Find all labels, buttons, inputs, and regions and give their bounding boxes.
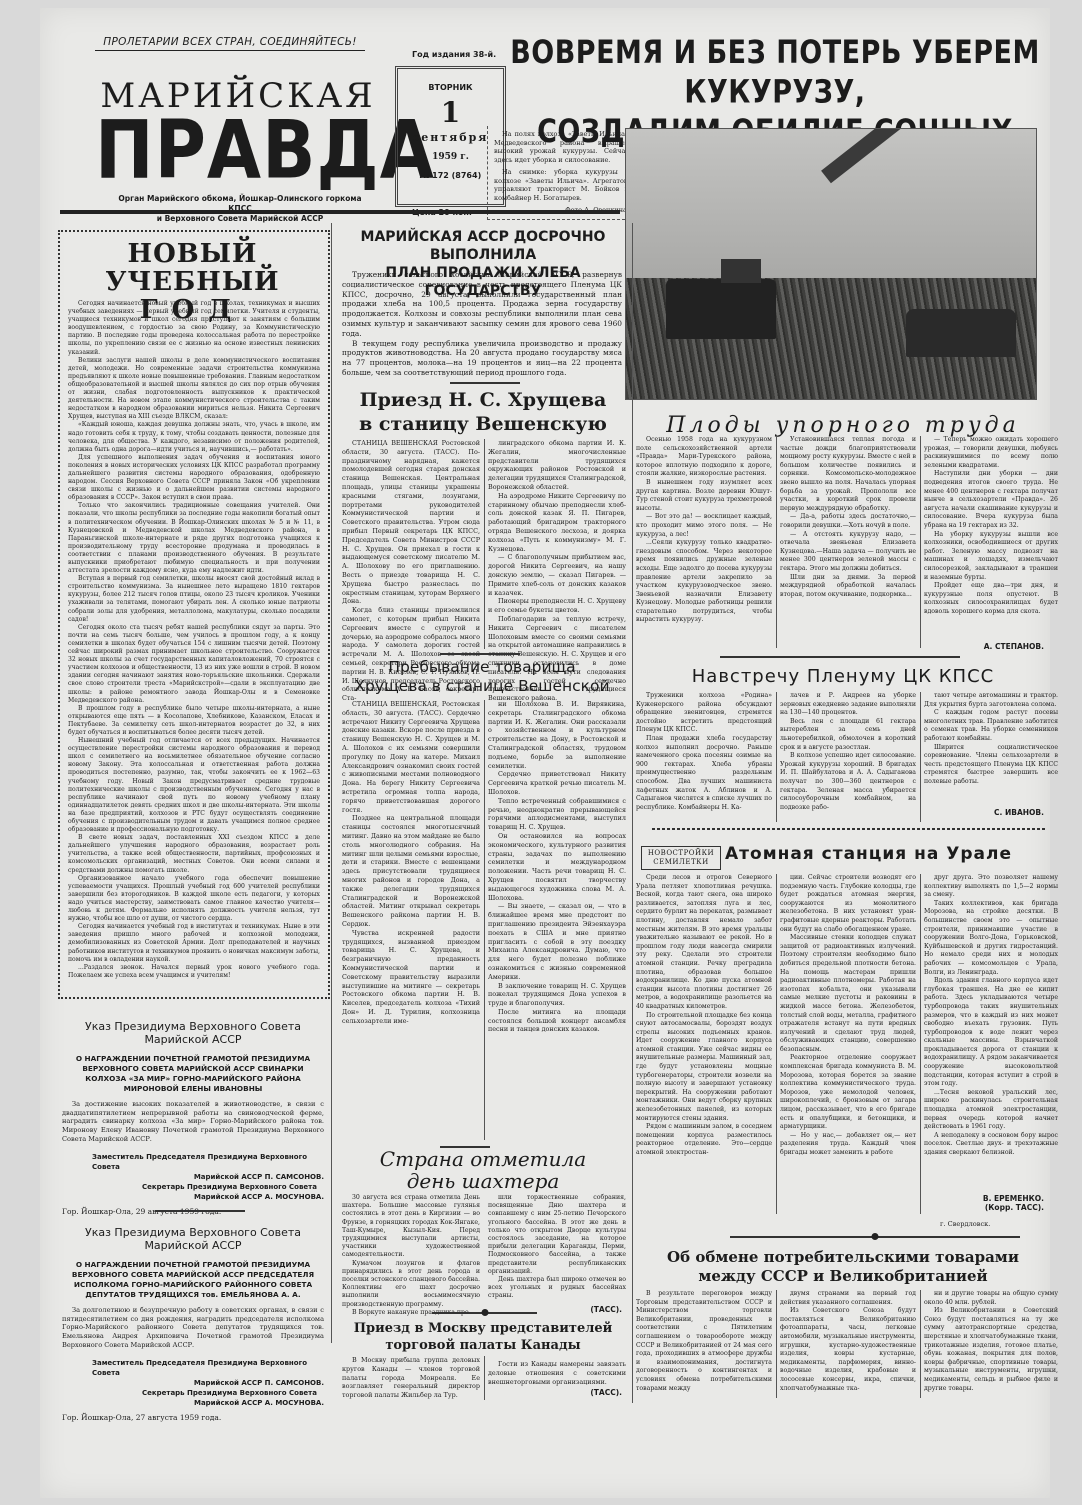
headline-line: МАРИЙСКАЯ АССР ДОСРОЧНО ВЫПОЛНИЛА — [338, 228, 628, 264]
editorial-paragraph: Организованное начало учебного года обес… — [68, 875, 320, 924]
editorial-paragraph: Велики заслуги нашей школы в деле коммун… — [68, 357, 320, 422]
article-paragraph: Вдоль здания главного корпуса идет глубо… — [924, 977, 1058, 1089]
weekday: ВТОРНИК — [398, 83, 503, 92]
atomic-headline: Атомная станция на Урале — [725, 844, 1055, 864]
rubric-line: СЕМИЛЕТКИ — [646, 858, 716, 867]
article-paragraph: Таких коллективов, как бригада Морозова,… — [924, 900, 1058, 977]
article-paragraph: Сердечно приветствовал Никиту Сергеевича… — [488, 770, 626, 796]
article-paragraph: ...Сеяли кукурузу только квадратно-гнезд… — [636, 539, 772, 625]
article-paragraph: В результате переговоров между Торговым … — [636, 1290, 772, 1393]
column-rule — [484, 700, 485, 1140]
article-paragraph: После митинга на площади состоялся больш… — [488, 1008, 626, 1034]
atomic-col1: Среди лесов и отрогов Северного Урала пе… — [636, 874, 772, 1158]
article-paragraph: Он остановился на вопросах экономическог… — [488, 832, 626, 902]
divider — [155, 1210, 245, 1212]
column-rule — [776, 874, 777, 1214]
plenum-col3: тают четыре автомашины и трактор. Для ук… — [924, 692, 1058, 787]
article-paragraph: — Вы знаете, — сказал он, — что в ближай… — [488, 902, 626, 981]
masthead-slogan: ПРОЛЕТАРИИ ВСЕХ СТРАН, СОЕДИНЯЙТЕСЬ! — [95, 36, 365, 51]
column-rule — [776, 1290, 777, 1398]
article-paragraph: двумя странами на первый год действия ук… — [780, 1290, 916, 1307]
plenum-headline: Навстречу Пленуму ЦК КПСС — [638, 666, 1048, 687]
atomic-col2: ции. Сейчас строители возводят его подзе… — [780, 874, 916, 1158]
trade-col1: В результате переговоров между Торговым … — [636, 1290, 772, 1393]
article-paragraph: — Вот это да! — восклицает каждый, кто п… — [636, 513, 772, 539]
headline-line: Приезд Н. С. Хрущева — [338, 388, 628, 412]
signature-line: Марийской АССР П. САМСОНОВ. — [92, 1172, 324, 1182]
editorial-paragraph: Нынешний учебный год отличается от всех … — [68, 737, 320, 834]
headline-line: Пребывание товарища — [334, 658, 630, 677]
column-rule — [484, 439, 485, 649]
article-paragraph: шли торжественные собрания, посвященные … — [488, 1194, 626, 1276]
fruits-headline: Плоды упорного труда — [638, 413, 1048, 438]
atomic-place: г. Свердловск. — [940, 1220, 1050, 1229]
canada-col1: В Москву прибыла группа деловых кругов К… — [342, 1356, 480, 1400]
article-paragraph: — Теперь можно ожидать хорошего урожая, … — [924, 436, 1058, 470]
article-paragraph: Из Советского Союза будут поставляться в… — [780, 1307, 916, 1393]
editorial-body: Сегодня начинается новый учебный год в ш… — [68, 300, 320, 980]
column-rule — [920, 1290, 921, 1398]
ornament-divider — [432, 1312, 537, 1314]
article-paragraph: ни и другие товары на общую сумму около … — [924, 1290, 1058, 1307]
decree-2-body: За долголетнюю и безупречную работу в со… — [62, 1306, 324, 1350]
article-paragraph: День шахтера был широко отмечен во всех … — [488, 1276, 626, 1301]
editorial-paragraph: В прошлом году в республике было четыре … — [68, 705, 320, 737]
decree-body-text: За долголетнюю и безупречную работу в со… — [62, 1306, 324, 1350]
article-paragraph: Наступили дни уборки — дни подведения ит… — [924, 470, 1058, 530]
article-paragraph: На уборку кукурузы вышли все колхозники,… — [924, 531, 1058, 583]
editorial-paragraph: Сегодня начинается новый учебный год в ш… — [68, 300, 320, 357]
divider — [652, 828, 1047, 830]
decree-2-subject: О НАГРАЖДЕНИИ ПОЧЕТНОЙ ГРАМОТОЙ ПРЕЗИДИУ… — [62, 1260, 324, 1300]
article-paragraph: СТАНИЦА ВЕШЕНСКАЯ, Ростовская область, 3… — [342, 700, 480, 814]
article-paragraph: Массивные стенки колодцев служат защитой… — [780, 934, 916, 1054]
signature-line: Марийской АССР А. МОСУНОВА. — [92, 1192, 324, 1202]
decree-1-signatures: Заместитель Председателя Президиума Верх… — [62, 1152, 324, 1202]
decree-1-body: За достижение высоких показателей в живо… — [62, 1100, 324, 1144]
decree-1-place-date: Гор. Йошкар-Ола, 29 августа 1959 года. — [62, 1208, 324, 1217]
article-paragraph: Ширится социалистическое соревнование. Ч… — [924, 744, 1058, 787]
column-rule — [920, 874, 921, 1214]
article-paragraph: Позднее на центральной площади станицы с… — [342, 814, 480, 928]
decree-1: Указ Президиума Верховного Совета Марийс… — [62, 1020, 324, 1216]
article-paragraph: План продажи хлеба государству колхоз вы… — [636, 735, 772, 812]
trade-col3: ни и другие товары на общую сумму около … — [924, 1290, 1058, 1393]
divider — [450, 382, 520, 384]
headline-line: в станицу Вешенскую — [338, 412, 628, 436]
divider — [720, 656, 960, 658]
signature-line: Заместитель Председателя Президиума Верх… — [92, 1152, 324, 1172]
headline-line: между СССР и Великобританией — [638, 1267, 1048, 1286]
grain-body: Труженики сельского хозяйства Марийской … — [342, 270, 622, 378]
caption-text-2: На снимке: уборка кукурузы в колхозе «За… — [494, 168, 629, 202]
article-paragraph: Тепло встреченный собравшимися с речью, … — [488, 797, 626, 832]
decree-2-place-date: Гор. Йошкар-Ола, 27 августа 1959 года. — [62, 1414, 324, 1423]
column-rule — [632, 223, 633, 1403]
caption-text-1: На полях колхоза «Заветы Ильича» Медведе… — [494, 130, 629, 164]
article-paragraph: — А отстоять кукурузу надо, — отвечала з… — [780, 531, 916, 574]
grain-paragraph: Труженики сельского хозяйства Марийской … — [342, 270, 622, 339]
masthead-organ: Орган Марийского обкома, Йошкар-Олинског… — [110, 194, 370, 224]
article-paragraph: Рядом с машинным залом, в соседнем помещ… — [636, 1123, 772, 1157]
article-paragraph: тают четыре автомашины и трактор. Для ук… — [924, 692, 1058, 709]
khrushchev-arrival-headline: Приезд Н. С. Хрущева в станицу Вешенскую — [338, 388, 628, 436]
signature-line: Марийской АССР А. МОСУНОВА. — [92, 1398, 324, 1408]
article-paragraph: — Но у нас,— добавляет он,— нет разделен… — [780, 1132, 916, 1158]
tractor-shape — [666, 279, 776, 339]
article-paragraph: Среди лесов и отрогов Северного Урала пе… — [636, 874, 772, 1012]
headline-line: день шахтера — [338, 1170, 628, 1192]
column-rule — [484, 1356, 485, 1400]
article-paragraph: лачев и Р. Андреев на уборке зерновых еж… — [780, 692, 916, 718]
article-paragraph: Шли дни за днями. За первой междурядной … — [780, 574, 916, 600]
column-rule — [776, 692, 777, 822]
canada-signature: (ТАСС). — [488, 1388, 622, 1397]
signature-line: Секретарь Президиума Верховного Совета — [92, 1182, 324, 1192]
editorial-paragraph: Сегодня начинается учебный год в институ… — [68, 923, 320, 963]
newspaper-page: ПРОЛЕТАРИИ ВСЕХ СТРАН, СОЕДИНЯЙТЕСЬ! МАР… — [40, 8, 1050, 1498]
article-paragraph: линградского обкома партии И. К. Жегалин… — [488, 439, 626, 492]
miners-day-col2: шли торжественные собрания, посвященные … — [488, 1194, 626, 1301]
headline-line: Хрущева в станице Вешенской — [334, 677, 630, 696]
plenum-col2: лачев и Р. Андреев на уборке зерновых еж… — [780, 692, 916, 812]
trade-headline: Об обмене потребительскими товарами межд… — [638, 1248, 1048, 1286]
decree-2: Указ Президиума Верховного Совета Марийс… — [62, 1226, 324, 1422]
editorial-paragraph: Вступая в первый год семилетки, школы вн… — [68, 575, 320, 624]
fruits-col2: Установившаяся теплая погода и частые до… — [780, 436, 916, 599]
signature-line: Секретарь Президиума Верховного Совета — [92, 1388, 324, 1398]
editorial-paragraph: «Каждый юноша, каждая девушка должны зна… — [68, 421, 320, 453]
canada-headline: Приезд в Москву представителей торговой … — [338, 1320, 628, 1354]
editorial-paragraph: Сегодня около ста тысяч ребят нашей респ… — [68, 624, 320, 705]
fruits-signature: А. СТЕПАНОВ. — [924, 642, 1044, 651]
fruits-col3: — Теперь можно ожидать хорошего урожая, … — [924, 436, 1058, 616]
khrushchev-stay-headline: Пребывание товарища Хрущева в станице Ве… — [334, 658, 630, 696]
corn-harvest-photo — [625, 128, 1037, 400]
signature-line: Марийской АССР П. САМСОНОВ. — [92, 1378, 324, 1388]
decree-heading-line: Указ Президиума Верховного Совета — [62, 1020, 324, 1033]
article-paragraph: ции. Сейчас строители возводят его подзе… — [780, 874, 916, 934]
article-paragraph: Весь лен с площади 61 гектара вытереблен… — [780, 718, 916, 752]
article-paragraph: Кумачом лозунгов и флагов принарядились … — [342, 1260, 480, 1309]
headline-line: торговой палаты Канады — [338, 1337, 628, 1354]
article-paragraph: В колхозе успешно идет силосование. Урож… — [780, 752, 916, 812]
photo-sky — [626, 129, 1036, 278]
decree-heading-line: Марийской АССР — [62, 1239, 324, 1252]
article-paragraph: В заключение товарищ Н. С. Хрущев пожела… — [488, 982, 626, 1008]
grain-paragraph: В текущем году республика увеличила прои… — [342, 339, 622, 378]
masthead-rule — [60, 210, 620, 214]
headline-line: Приезд в Москву представителей — [338, 1320, 628, 1337]
article-paragraph: 30 августа вся страна отметила День шахт… — [342, 1194, 480, 1260]
fruits-col1: Осенью 1958 года на кукурузном поле сель… — [636, 436, 772, 625]
ornament-divider — [730, 1236, 1020, 1238]
plenum-signature: С. ИВАНОВ. — [924, 808, 1044, 817]
khrushchev-stay-col2: ни Шолохова В. И. Вирявкина, секретарь С… — [488, 700, 626, 1034]
decree-2-heading: Указ Президиума Верховного Совета Марийс… — [62, 1226, 324, 1252]
rubric-line: НОВОСТРОЙКИ — [646, 849, 716, 858]
day: 1 — [398, 96, 503, 129]
decree-heading-line: Марийской АССР — [62, 1033, 324, 1046]
article-paragraph: — С благополучным прибытием вас, дорогой… — [488, 553, 626, 597]
column-rule — [331, 223, 332, 1343]
editorial-paragraph: В свете новых задач, поставленных XXI съ… — [68, 834, 320, 874]
editorial-title-line1: НОВЫЙ УЧЕБНЫЙ — [65, 240, 320, 296]
article-paragraph: Осенью 1958 года на кукурузном поле сель… — [636, 436, 772, 479]
miners-day-col1: 30 августа вся страна отметила День шахт… — [342, 1194, 480, 1317]
article-paragraph: друг друга. Это позволяет нашему коллект… — [924, 874, 1058, 900]
article-paragraph: На аэродроме Никите Сергеевичу по старин… — [488, 492, 626, 554]
decree-1-heading: Указ Президиума Верховного Совета Марийс… — [62, 1020, 324, 1046]
editorial-paragraph: Для успешного выполнения задач обучения … — [68, 454, 320, 503]
column-rule — [920, 692, 921, 822]
atomic-signature: В. ЕРЕМЕНКО. (Корр. ТАСС). — [924, 1194, 1044, 1212]
article-paragraph: Реакторное отделение сооружает комплексн… — [780, 1054, 916, 1131]
miners-day-headline: Страна отметила день шахтера — [338, 1148, 628, 1192]
atomic-col3: друг друга. Это позволяет нашему коллект… — [924, 874, 1058, 1158]
article-paragraph: Из Великобритании в Советский Союз будут… — [924, 1307, 1058, 1393]
canada-col2: Гости из Канады намерены завязать деловы… — [488, 1360, 626, 1386]
article-paragraph: С каждым годом растут посевы многолетних… — [924, 709, 1058, 743]
column-rule — [776, 436, 777, 648]
newspaper-title-line2: ПРАВДА — [95, 106, 380, 193]
decree-body-text: За достижение высоких показателей в живо… — [62, 1100, 324, 1144]
article-paragraph: Чувства искренней радости трудящихся, вы… — [342, 929, 480, 1026]
decree-1-subject: О НАГРАЖДЕНИИ ПОЧЕТНОЙ ГРАМОТОЙ ПРЕЗИДИУ… — [62, 1054, 324, 1094]
article-paragraph: В Москву прибыла группа деловых кругов К… — [342, 1356, 480, 1400]
decree-2-signatures: Заместитель Председателя Президиума Верх… — [62, 1358, 324, 1408]
khrushchev-stay-col1: СТАНИЦА ВЕШЕНСКАЯ, Ростовская область, 3… — [342, 700, 480, 1025]
truck-shape — [906, 309, 1016, 357]
year-of-issue: Год издания 38-й. — [412, 50, 496, 59]
article-paragraph: А неподалеку в сосновом бору вырос посел… — [924, 1132, 1058, 1158]
article-paragraph: Пройдет еще два—три дня, и кукурузные по… — [924, 582, 1058, 616]
signature-line: Заместитель Председателя Президиума Верх… — [92, 1358, 324, 1378]
article-paragraph: СТАНИЦА ВЕШЕНСКАЯ Ростовской области, 30… — [342, 439, 480, 606]
decree-heading-line: Указ Президиума Верховного Совета — [62, 1226, 324, 1239]
author-affiliation: (Корр. ТАСС). — [924, 1203, 1044, 1212]
editorial-paragraph: Только что закончились традиционные сове… — [68, 502, 320, 575]
article-paragraph: Пионеры преподнесли Н. С. Хрущеву и его … — [488, 597, 626, 615]
article-paragraph: ни Шолохова В. И. Вирявкина, секретарь С… — [488, 700, 626, 770]
headline-line: Страна отметила — [338, 1148, 628, 1170]
article-paragraph: В нынешнем году изумляет всех другая кар… — [636, 479, 772, 513]
photo-caption: На полях колхоза «Заветы Ильича» Медведе… — [487, 126, 635, 220]
author-name: В. ЕРЕМЕНКО. — [924, 1194, 1044, 1203]
article-paragraph: — Да-а, работы здесь достаточно,—говорил… — [780, 513, 916, 530]
article-paragraph: Труженики колхоза «Родина» Куженерского … — [636, 692, 772, 735]
article-paragraph: ...Тесня вековой уральский лес, широко р… — [924, 1089, 1058, 1132]
divider — [440, 653, 520, 655]
column-rule — [920, 436, 921, 648]
article-paragraph: По строительной площадке без конца снуют… — [636, 1012, 772, 1124]
article-paragraph: Гости из Канады намерены завязать деловы… — [488, 1360, 626, 1386]
plenum-col1: Труженики колхоза «Родина» Куженерского … — [636, 692, 772, 812]
rubric-label: НОВОСТРОЙКИ СЕМИЛЕТКИ — [641, 846, 721, 870]
banner-line1: ВОВРЕМЯ И БЕЗ ПОТЕРЬ УБЕРЕМ КУКУРУЗУ, — [490, 33, 1060, 112]
trade-col2: двумя странами на первый год действия ук… — [780, 1290, 916, 1393]
editorial-paragraph: ...Раздался звонок. Начался первый урок … — [68, 964, 320, 980]
headline-line: Об обмене потребительскими товарами — [638, 1248, 1048, 1267]
article-paragraph: Установившаяся теплая погода и частые до… — [780, 436, 916, 513]
